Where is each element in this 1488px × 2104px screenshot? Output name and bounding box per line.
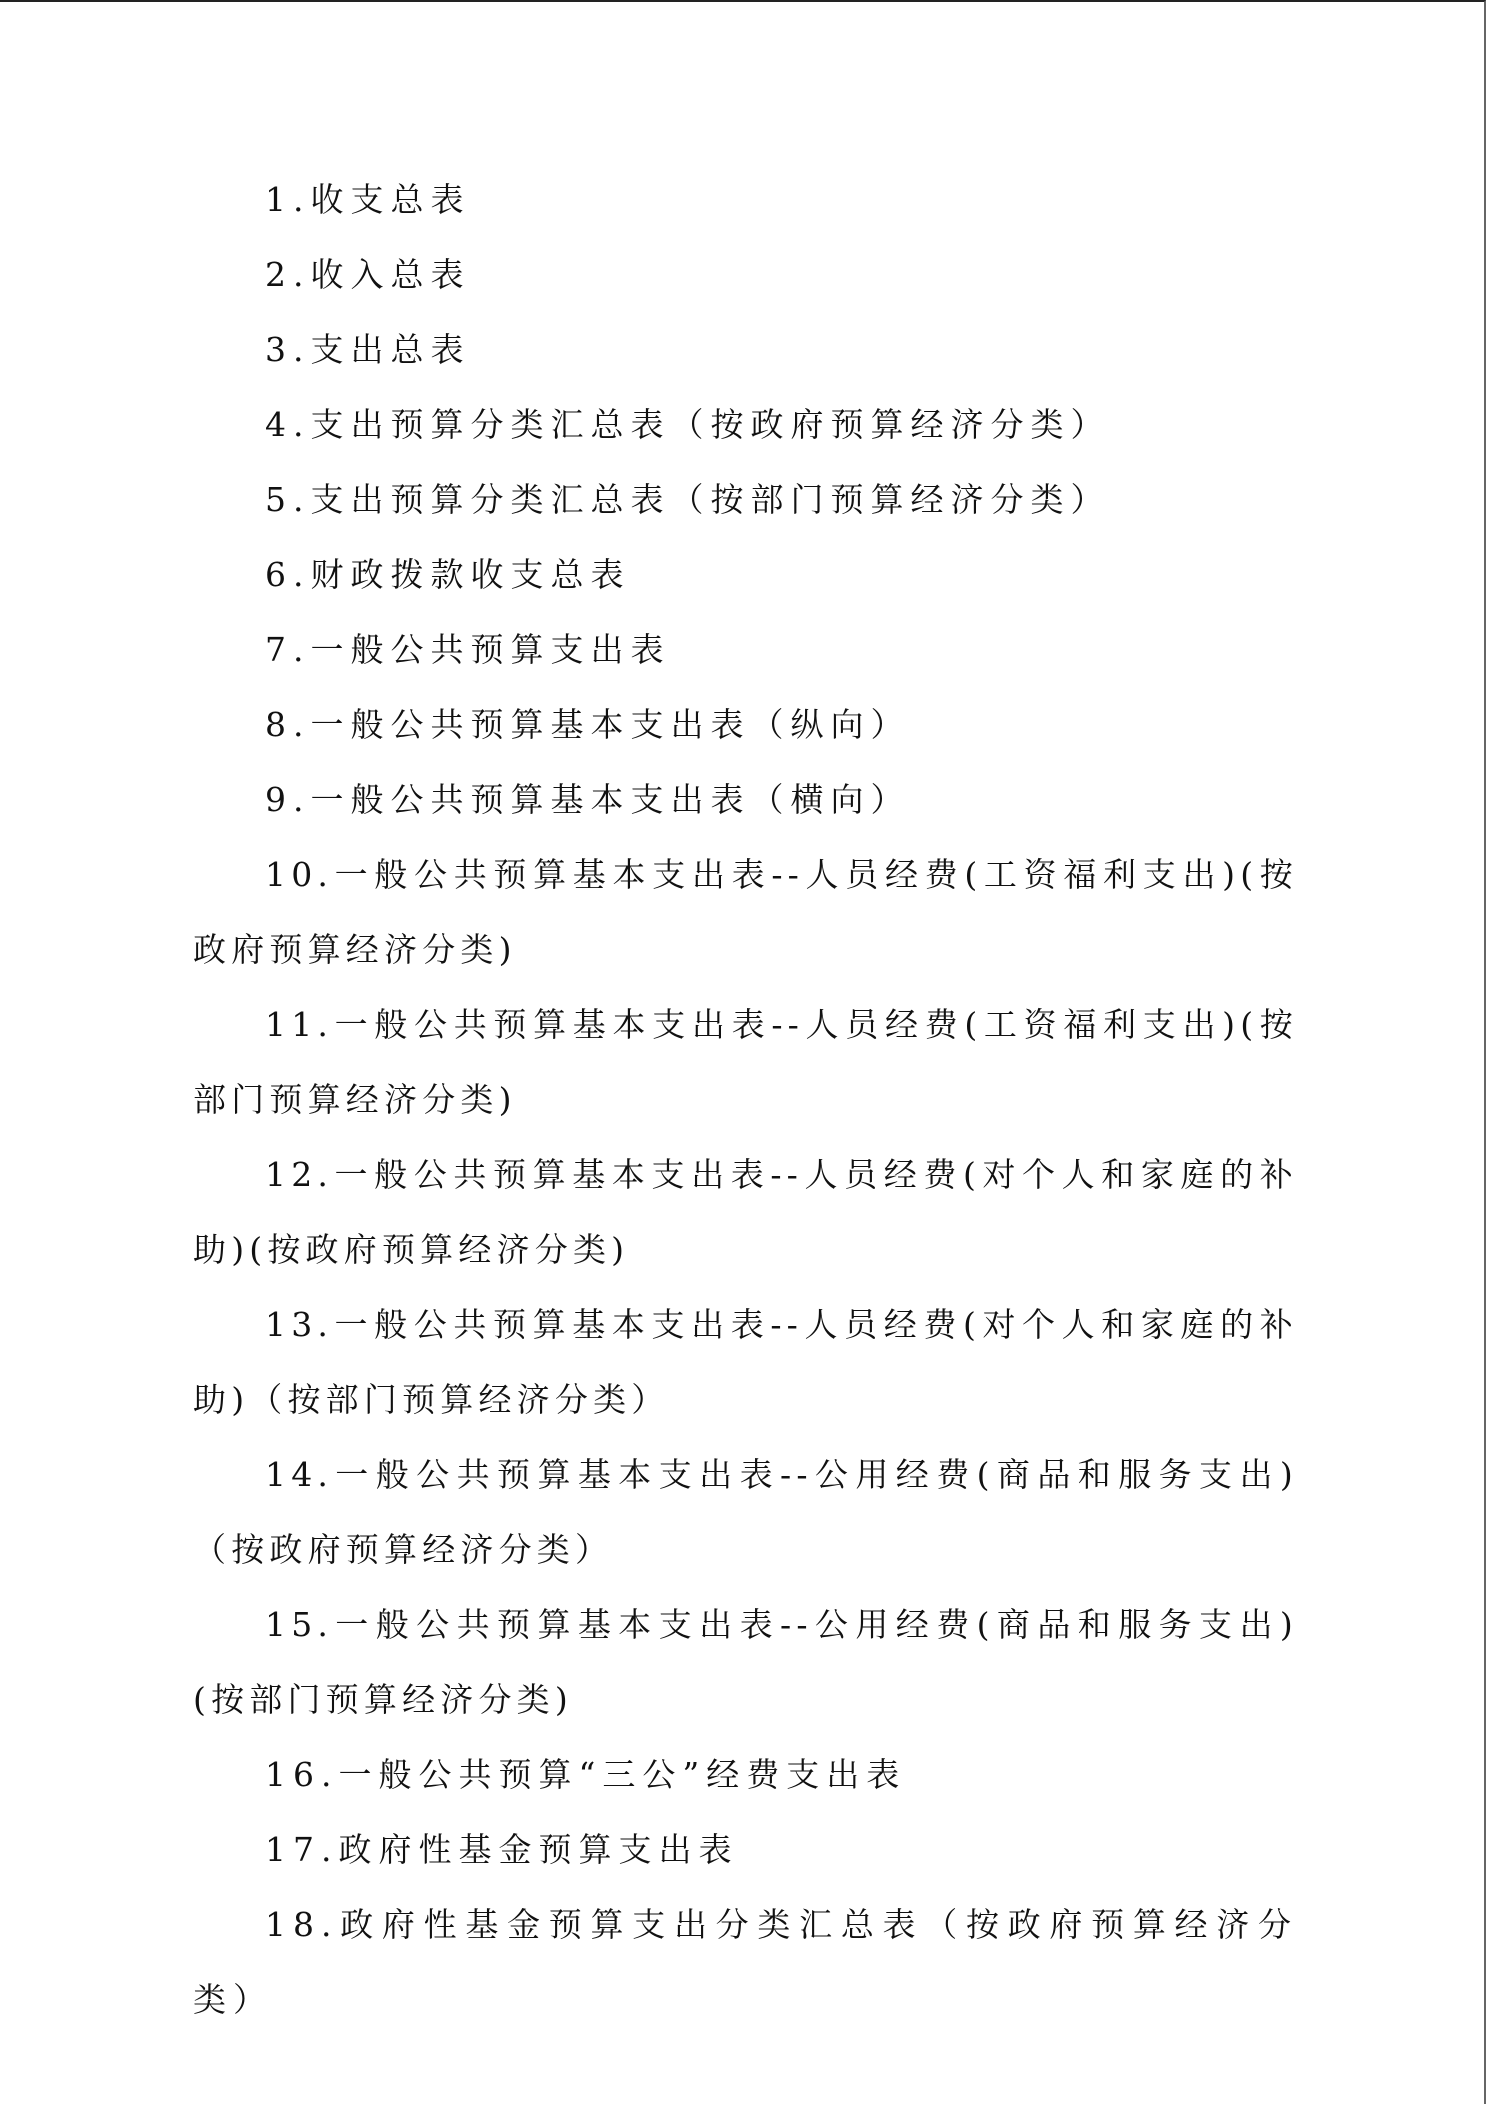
list-item: 16.一般公共预算“三公”经费支出表 <box>193 1737 1298 1812</box>
list-item: 3.支出总表 <box>193 312 1298 387</box>
list-item: 4.支出预算分类汇总表（按政府预算经济分类） <box>193 387 1298 462</box>
list-item: 15.一般公共预算基本支出表--公用经费(商品和服务支出)(按部门预算经济分类) <box>193 1587 1298 1737</box>
list-item: 2.收入总表 <box>193 237 1298 312</box>
list-item: 13.一般公共预算基本支出表--人员经费(对个人和家庭的补助)（按部门预算经济分… <box>193 1287 1298 1437</box>
table-list: 1.收支总表 2.收入总表 3.支出总表 4.支出预算分类汇总表（按政府预算经济… <box>193 162 1298 2037</box>
list-item: 14.一般公共预算基本支出表--公用经费(商品和服务支出)（按政府预算经济分类） <box>193 1437 1298 1587</box>
list-item: 11.一般公共预算基本支出表--人员经费(工资福利支出)(按部门预算经济分类) <box>193 987 1298 1137</box>
list-item: 5.支出预算分类汇总表（按部门预算经济分类） <box>193 462 1298 537</box>
list-item: 7.一般公共预算支出表 <box>193 612 1298 687</box>
document-page: 1.收支总表 2.收入总表 3.支出总表 4.支出预算分类汇总表（按政府预算经济… <box>0 0 1486 2104</box>
list-item: 6.财政拨款收支总表 <box>193 537 1298 612</box>
list-item: 18.政府性基金预算支出分类汇总表（按政府预算经济分类） <box>193 1887 1298 2037</box>
list-item: 10.一般公共预算基本支出表--人员经费(工资福利支出)(按政府预算经济分类) <box>193 837 1298 987</box>
list-item: 17.政府性基金预算支出表 <box>193 1812 1298 1887</box>
list-item: 12.一般公共预算基本支出表--人员经费(对个人和家庭的补助)(按政府预算经济分… <box>193 1137 1298 1287</box>
list-item: 8.一般公共预算基本支出表（纵向） <box>193 687 1298 762</box>
list-item: 9.一般公共预算基本支出表（横向） <box>193 762 1298 837</box>
list-item: 1.收支总表 <box>193 162 1298 237</box>
